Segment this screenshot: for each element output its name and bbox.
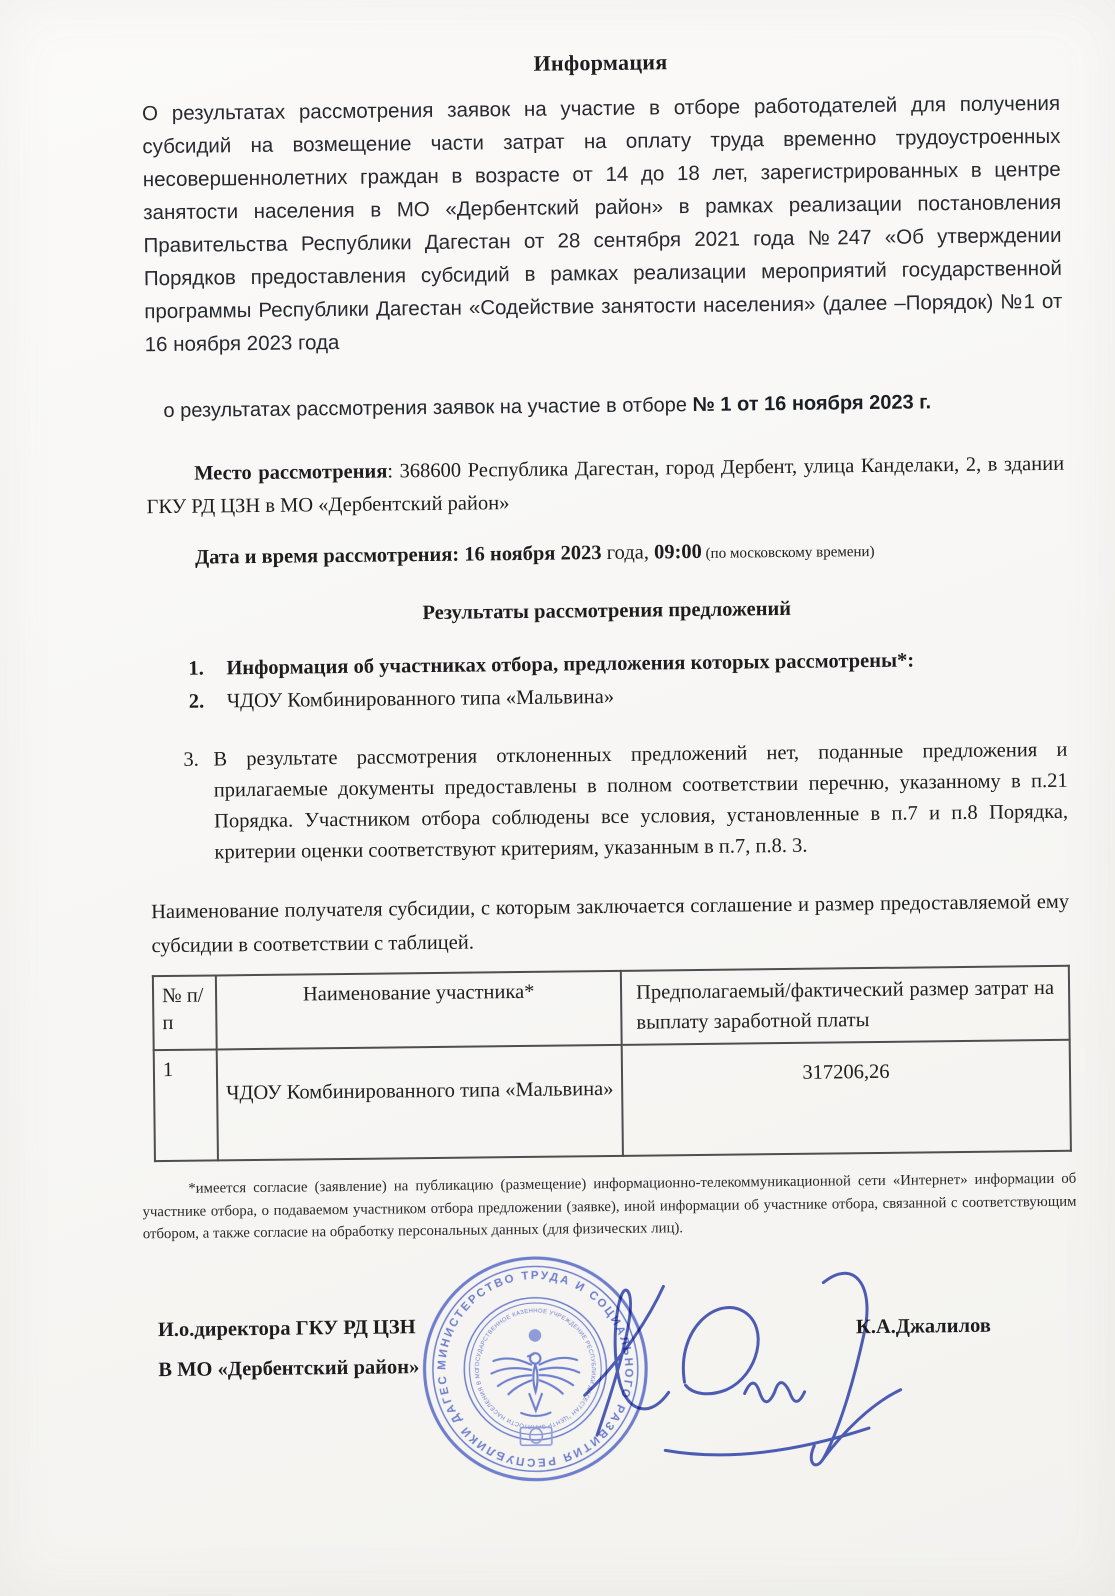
list-item-3-text: В результате рассмотрения отклоненных пр… <box>213 735 1068 869</box>
table-header-name: Наименование участника* <box>216 971 622 1050</box>
signatory-position-line2: В МО «Дербентский район» <box>158 1347 419 1390</box>
datetime-mid: года, <box>601 541 654 564</box>
place-paragraph: Место рассмотрения: 368600 Республика Да… <box>146 448 1065 524</box>
list-item-1-number: 1. <box>148 652 226 686</box>
signatory-position: И.о.директора ГКУ РД ЦЗН В МО «Дербентск… <box>158 1307 420 1390</box>
datetime-date: 16 ноября 2023 <box>459 542 602 566</box>
recipient-paragraph: Наименование получателя субсидии, с кото… <box>151 885 1070 963</box>
signatory-position-line1: И.о.директора ГКУ РД ЦЗН <box>158 1307 419 1350</box>
table-header-amount: Предполагаемый/фактический размер затрат… <box>621 966 1070 1045</box>
table-cell-num: 1 <box>154 1049 218 1161</box>
table-cell-amount: 317206,26 <box>622 1040 1071 1156</box>
signatory-name: К.А.Джалилов <box>856 1314 991 1339</box>
datetime-timezone-note: (по московскому времени) <box>702 544 875 562</box>
document-title: Информация <box>141 43 1059 83</box>
results-heading: Результаты рассмотрения предложений <box>148 591 1066 631</box>
handwritten-signature <box>565 1241 953 1485</box>
participants-list: 1. Информация об участниках отбора, пред… <box>148 643 1068 869</box>
stamp-certificate-box <box>520 1427 552 1445</box>
review-line-number: № 1 от 16 ноября 2023 г. <box>692 391 931 416</box>
signature-section: И.о.директора ГКУ РД ЦЗН В МО «Дербентск… <box>155 1247 1077 1587</box>
datetime-label: Дата и время рассмотрения: <box>195 544 459 569</box>
subsidy-table: № п/п Наименование участника* Предполага… <box>152 965 1072 1162</box>
table-header-row: № п/п Наименование участника* Предполага… <box>153 966 1070 1050</box>
review-line: о результатах рассмотрения заявок на уча… <box>145 385 1063 428</box>
document-content: Информация О результатах рассмотрения за… <box>141 0 1077 1588</box>
datetime-paragraph: Дата и время рассмотрения: 16 ноября 202… <box>147 532 1065 577</box>
review-line-prefix: о результатах рассмотрения заявок на уча… <box>163 394 692 422</box>
place-label: Место рассмотрения <box>194 460 387 484</box>
table-header-num: № п/п <box>153 975 217 1050</box>
list-item-3-number: 3. <box>149 744 214 869</box>
table-cell-name: ЧДОУ Комбинированного типа «Мальвина» <box>217 1045 623 1161</box>
scanned-document-page: { "doc": { "title": "Информация", "intro… <box>0 0 1115 1596</box>
intro-paragraph: О результатах рассмотрения заявок на уча… <box>142 87 1063 361</box>
list-item-2-number: 2. <box>149 685 227 719</box>
datetime-time: 09:00 <box>654 541 702 564</box>
footnote: *имеется согласие (заявление) на публика… <box>142 1168 1077 1246</box>
list-item-3: 3. В результате рассмотрения отклоненных… <box>149 735 1068 869</box>
table-row: 1 ЧДОУ Комбинированного типа «Мальвина» … <box>154 1040 1071 1161</box>
